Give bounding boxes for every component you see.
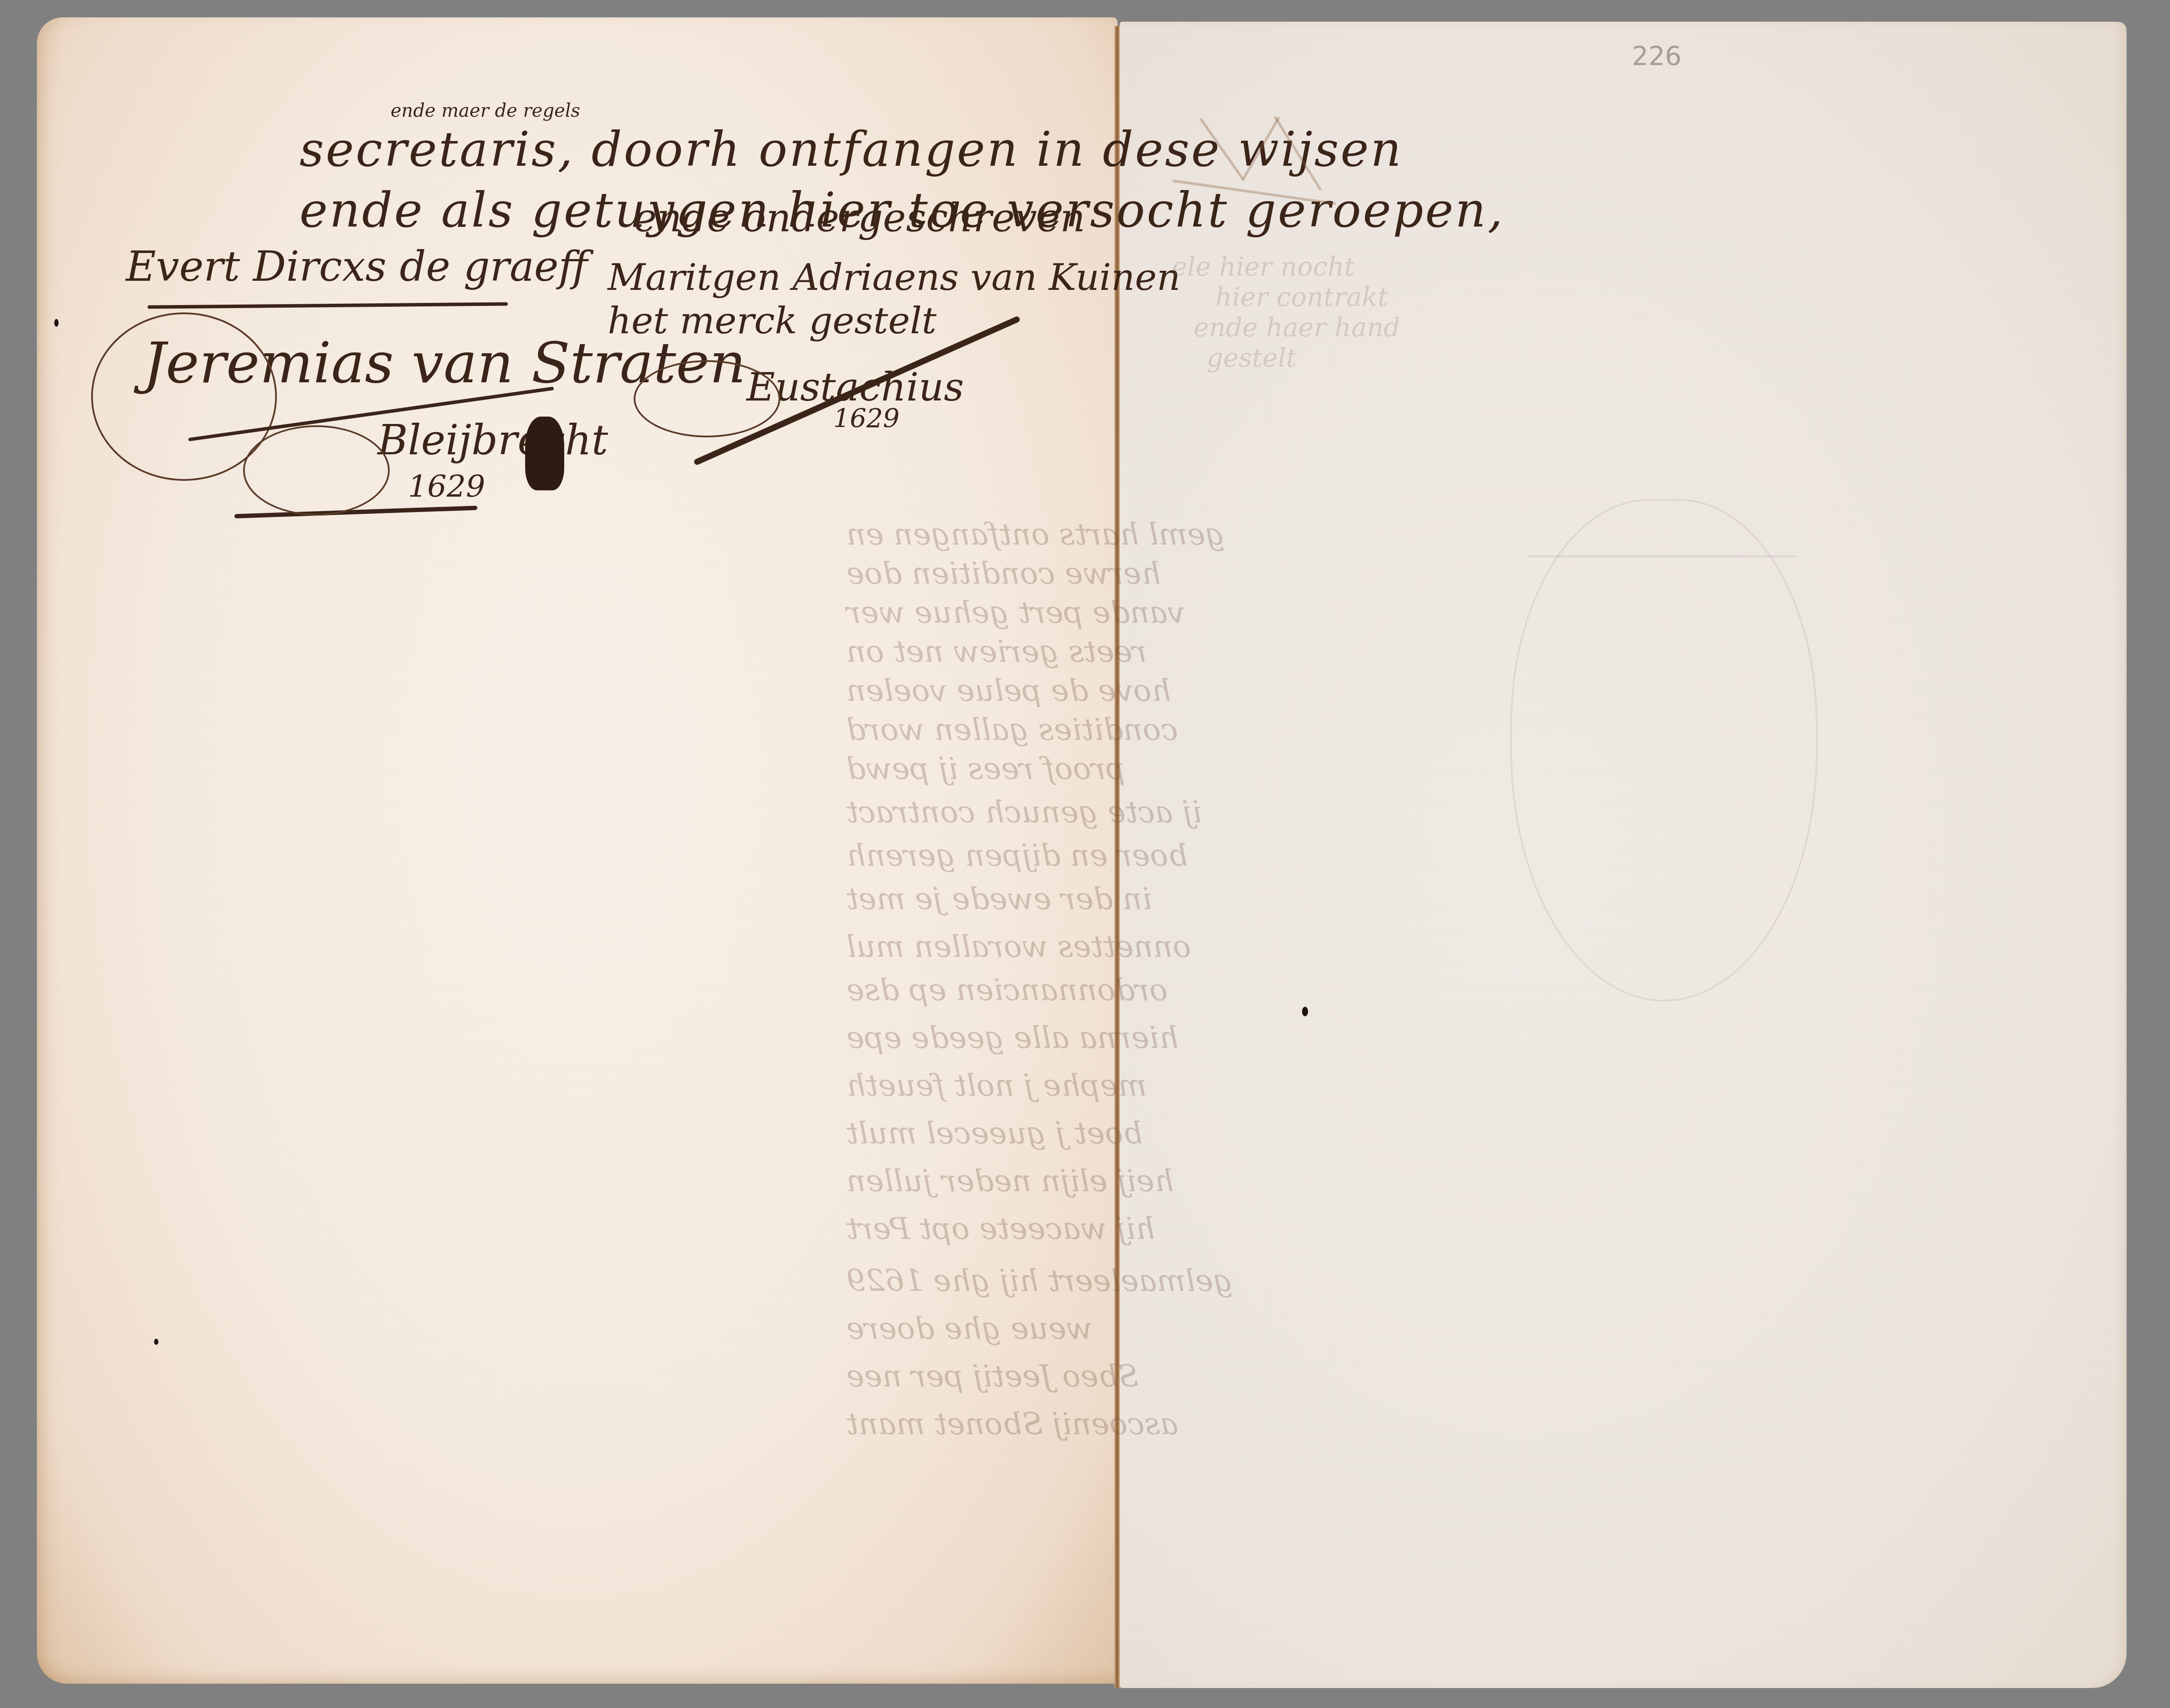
bleed-line: ordonnancien ep dse <box>846 972 1168 1008</box>
bleed-line: geml harts ontfangen en <box>846 516 1225 552</box>
signature-flourish <box>634 360 780 437</box>
text-line-3: ende ondergeschreven <box>634 195 1085 241</box>
watermark-shield <box>1510 499 1818 1002</box>
signature-year: 1629 <box>833 404 900 434</box>
signature-year: 1629 <box>408 469 485 504</box>
bleed-line: vande pert gehue wer <box>846 595 1185 630</box>
bleed-line: condities gallen word <box>846 712 1178 747</box>
bleed-line: mephe j nolt feueth <box>846 1067 1147 1103</box>
bleed-line: Sbeo Jeetij per nee <box>846 1358 1139 1394</box>
manuscript-spread: geml harts ontfangen en herwe conditien … <box>0 0 2170 1708</box>
bleed-line: herwe conditien doe <box>846 555 1161 591</box>
bleed-line: ascoenij Sbonet mant <box>846 1406 1178 1442</box>
bleed-line: gestelt <box>1207 343 1297 373</box>
bleed-line: onnettes worallen mul <box>846 929 1191 964</box>
bleed-line: boet j gueecel mult <box>846 1115 1143 1151</box>
signature-bleijbrecht: Bleijbrecht <box>378 417 608 464</box>
ink-speck <box>1302 1007 1308 1016</box>
bleed-line: ende haer hand <box>1193 312 1400 343</box>
bleed-line: weue ghe doere <box>846 1311 1092 1346</box>
bleed-line: hij waceete opt Pert <box>846 1211 1155 1246</box>
ink-offset-mark <box>1172 122 1345 217</box>
interlinear-insertion: ende maer de regels <box>391 100 580 121</box>
ink-speck <box>54 319 59 327</box>
witness-name: Maritgen Adriaens van Kuinen <box>608 256 1180 299</box>
bleed-line: hier contrakt <box>1215 282 1388 312</box>
bleed-line: heij elijn neder jullen <box>846 1163 1174 1199</box>
signature-evert-dircxs-de-graeff: Evert Dircxs de graeff <box>126 243 588 291</box>
bleed-line: gelmaeleert hij ghe 1629 <box>846 1263 1233 1298</box>
bleed-line: in der ewede je met <box>846 881 1152 916</box>
bleed-line: proof rees ij pewd <box>846 751 1125 786</box>
ink-speck <box>154 1339 158 1345</box>
bleed-line: hierna alle geede epe <box>846 1020 1178 1055</box>
signature-flourish <box>243 425 390 516</box>
bleed-line: reets geriew net on <box>846 634 1147 669</box>
bleed-line: hove de pelue voelen <box>846 673 1171 708</box>
bleed-line: ele hier nocht <box>1172 252 1355 282</box>
folio-number: 226 <box>1632 41 1682 72</box>
bleed-line: ij acte genuch contract <box>846 794 1202 830</box>
ink-paraph-mark <box>525 417 564 490</box>
bleed-line: boer en dijpen gerenh <box>846 838 1188 873</box>
